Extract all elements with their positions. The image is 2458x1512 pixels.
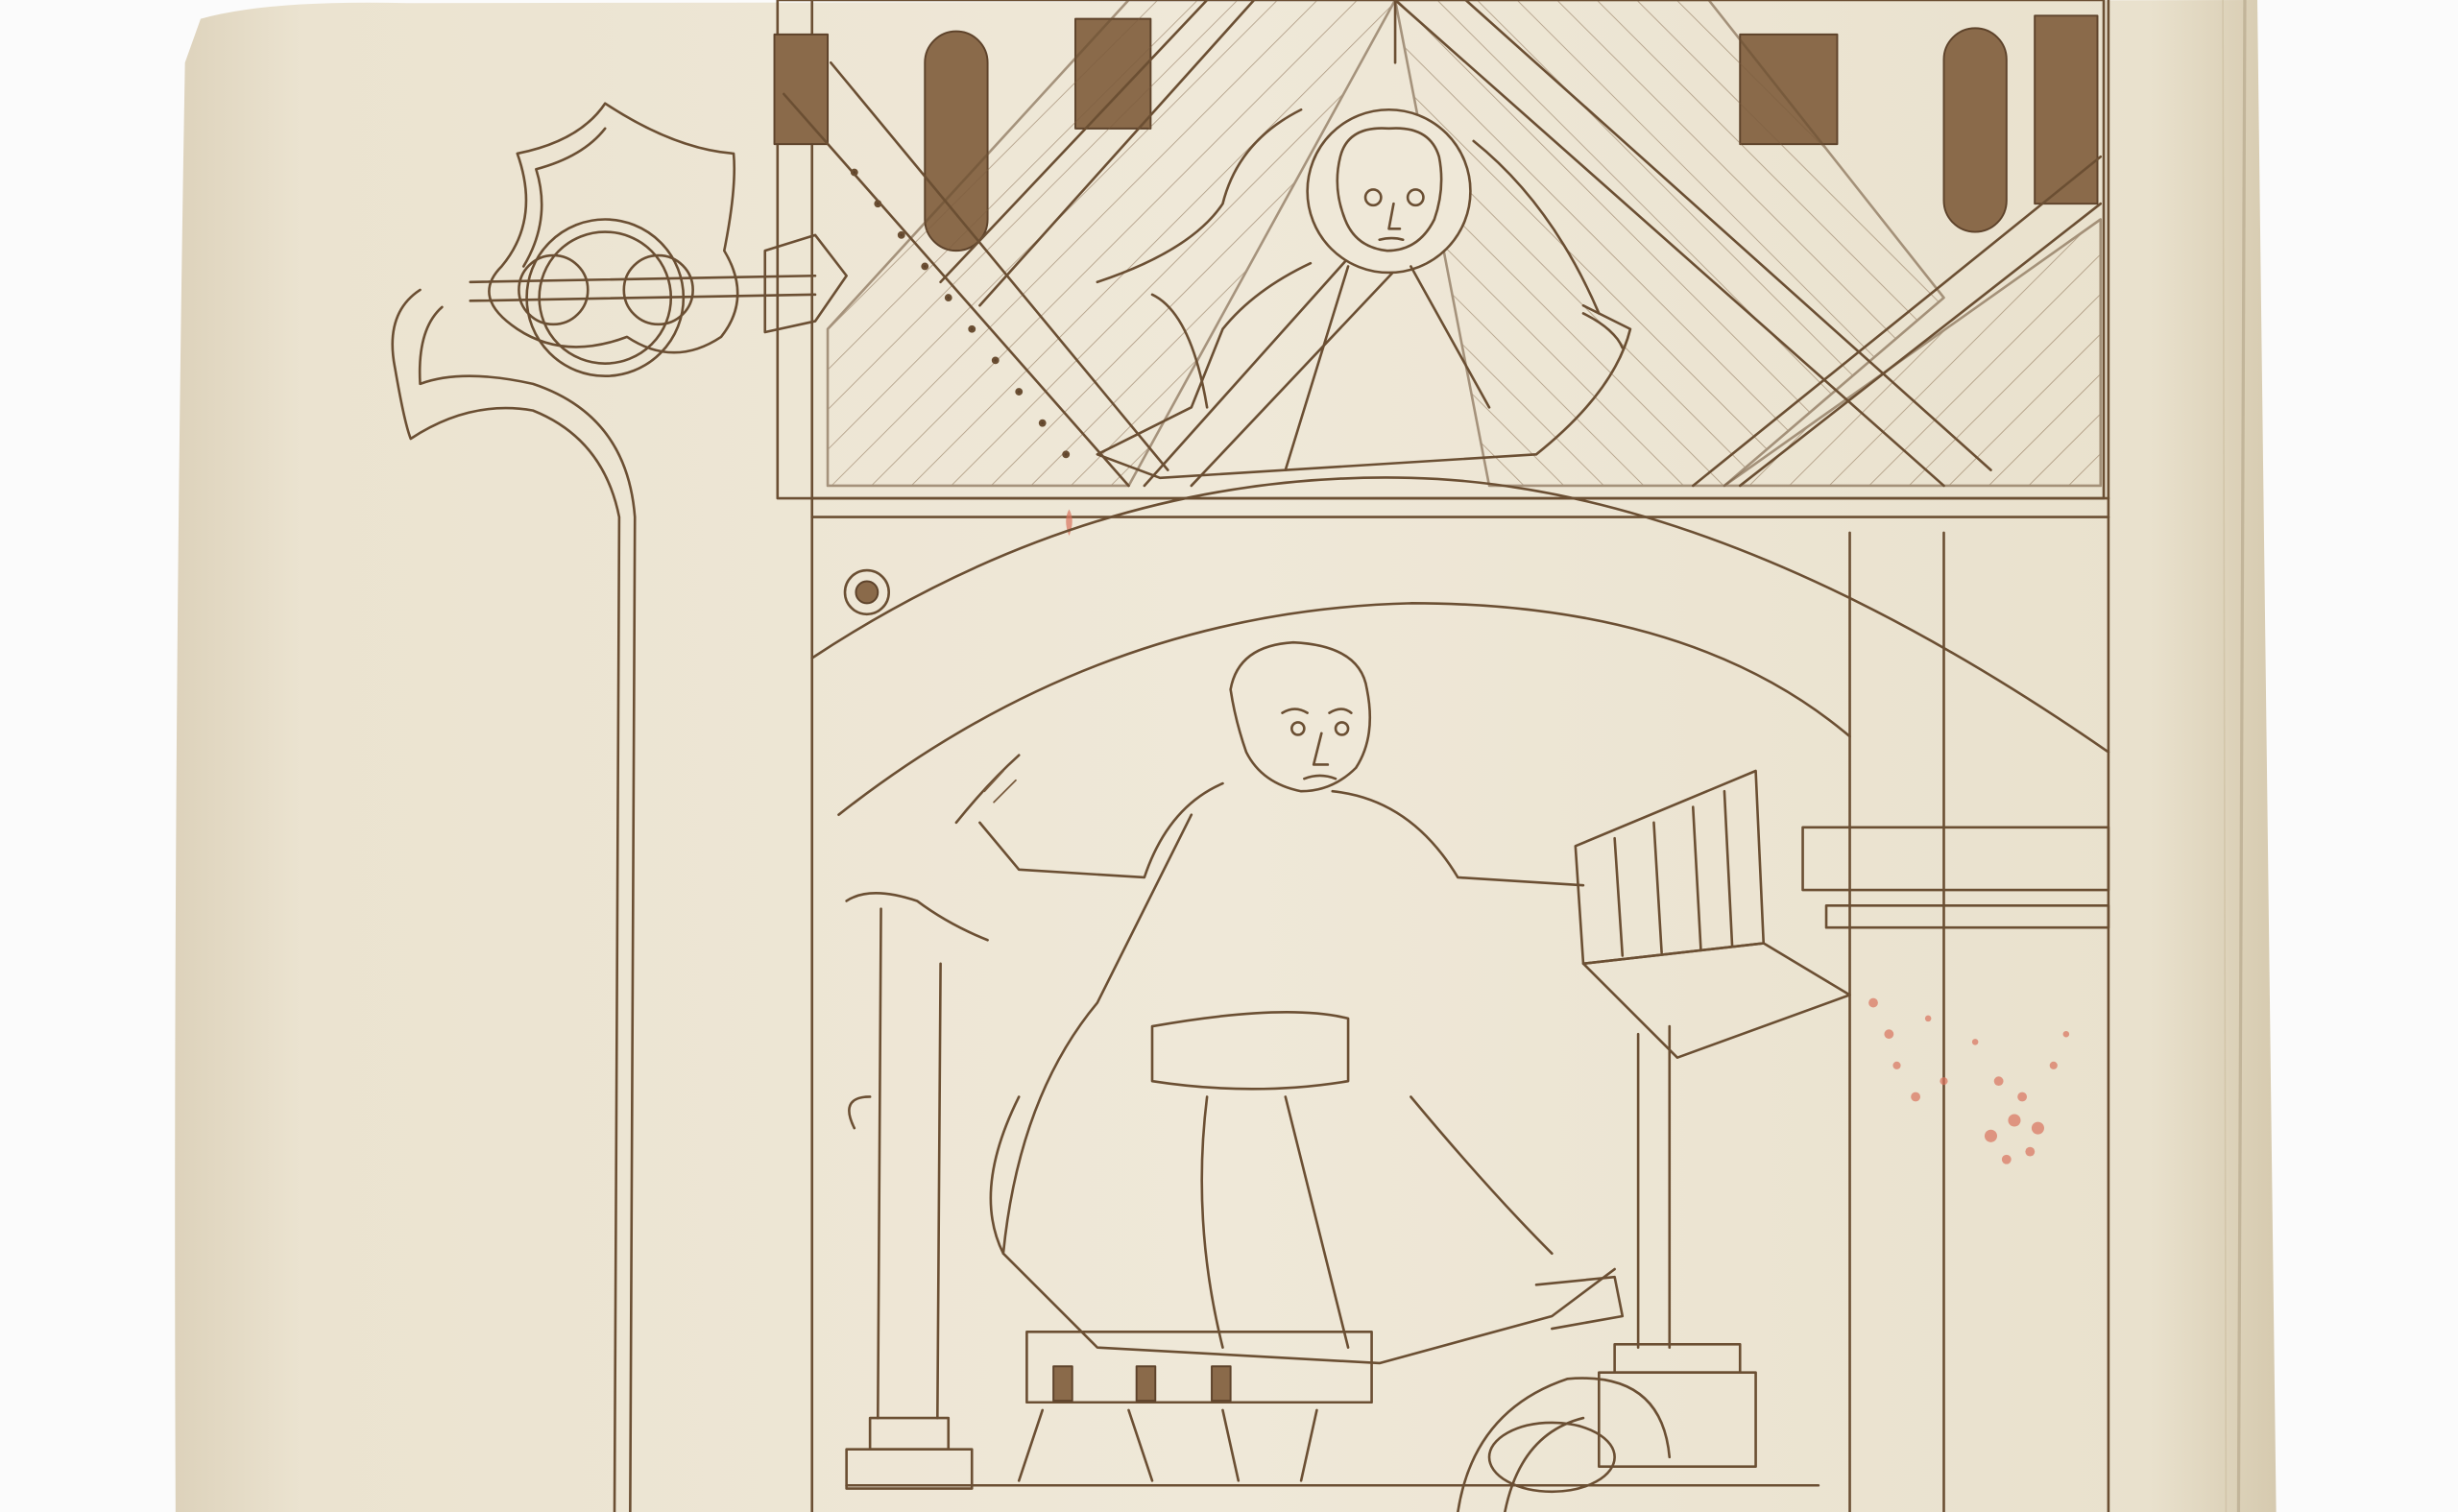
manuscript-image: Medieval manuscript pen drawing of an Ev… bbox=[0, 0, 2458, 1512]
manuscript-drawing bbox=[0, 0, 2458, 1512]
